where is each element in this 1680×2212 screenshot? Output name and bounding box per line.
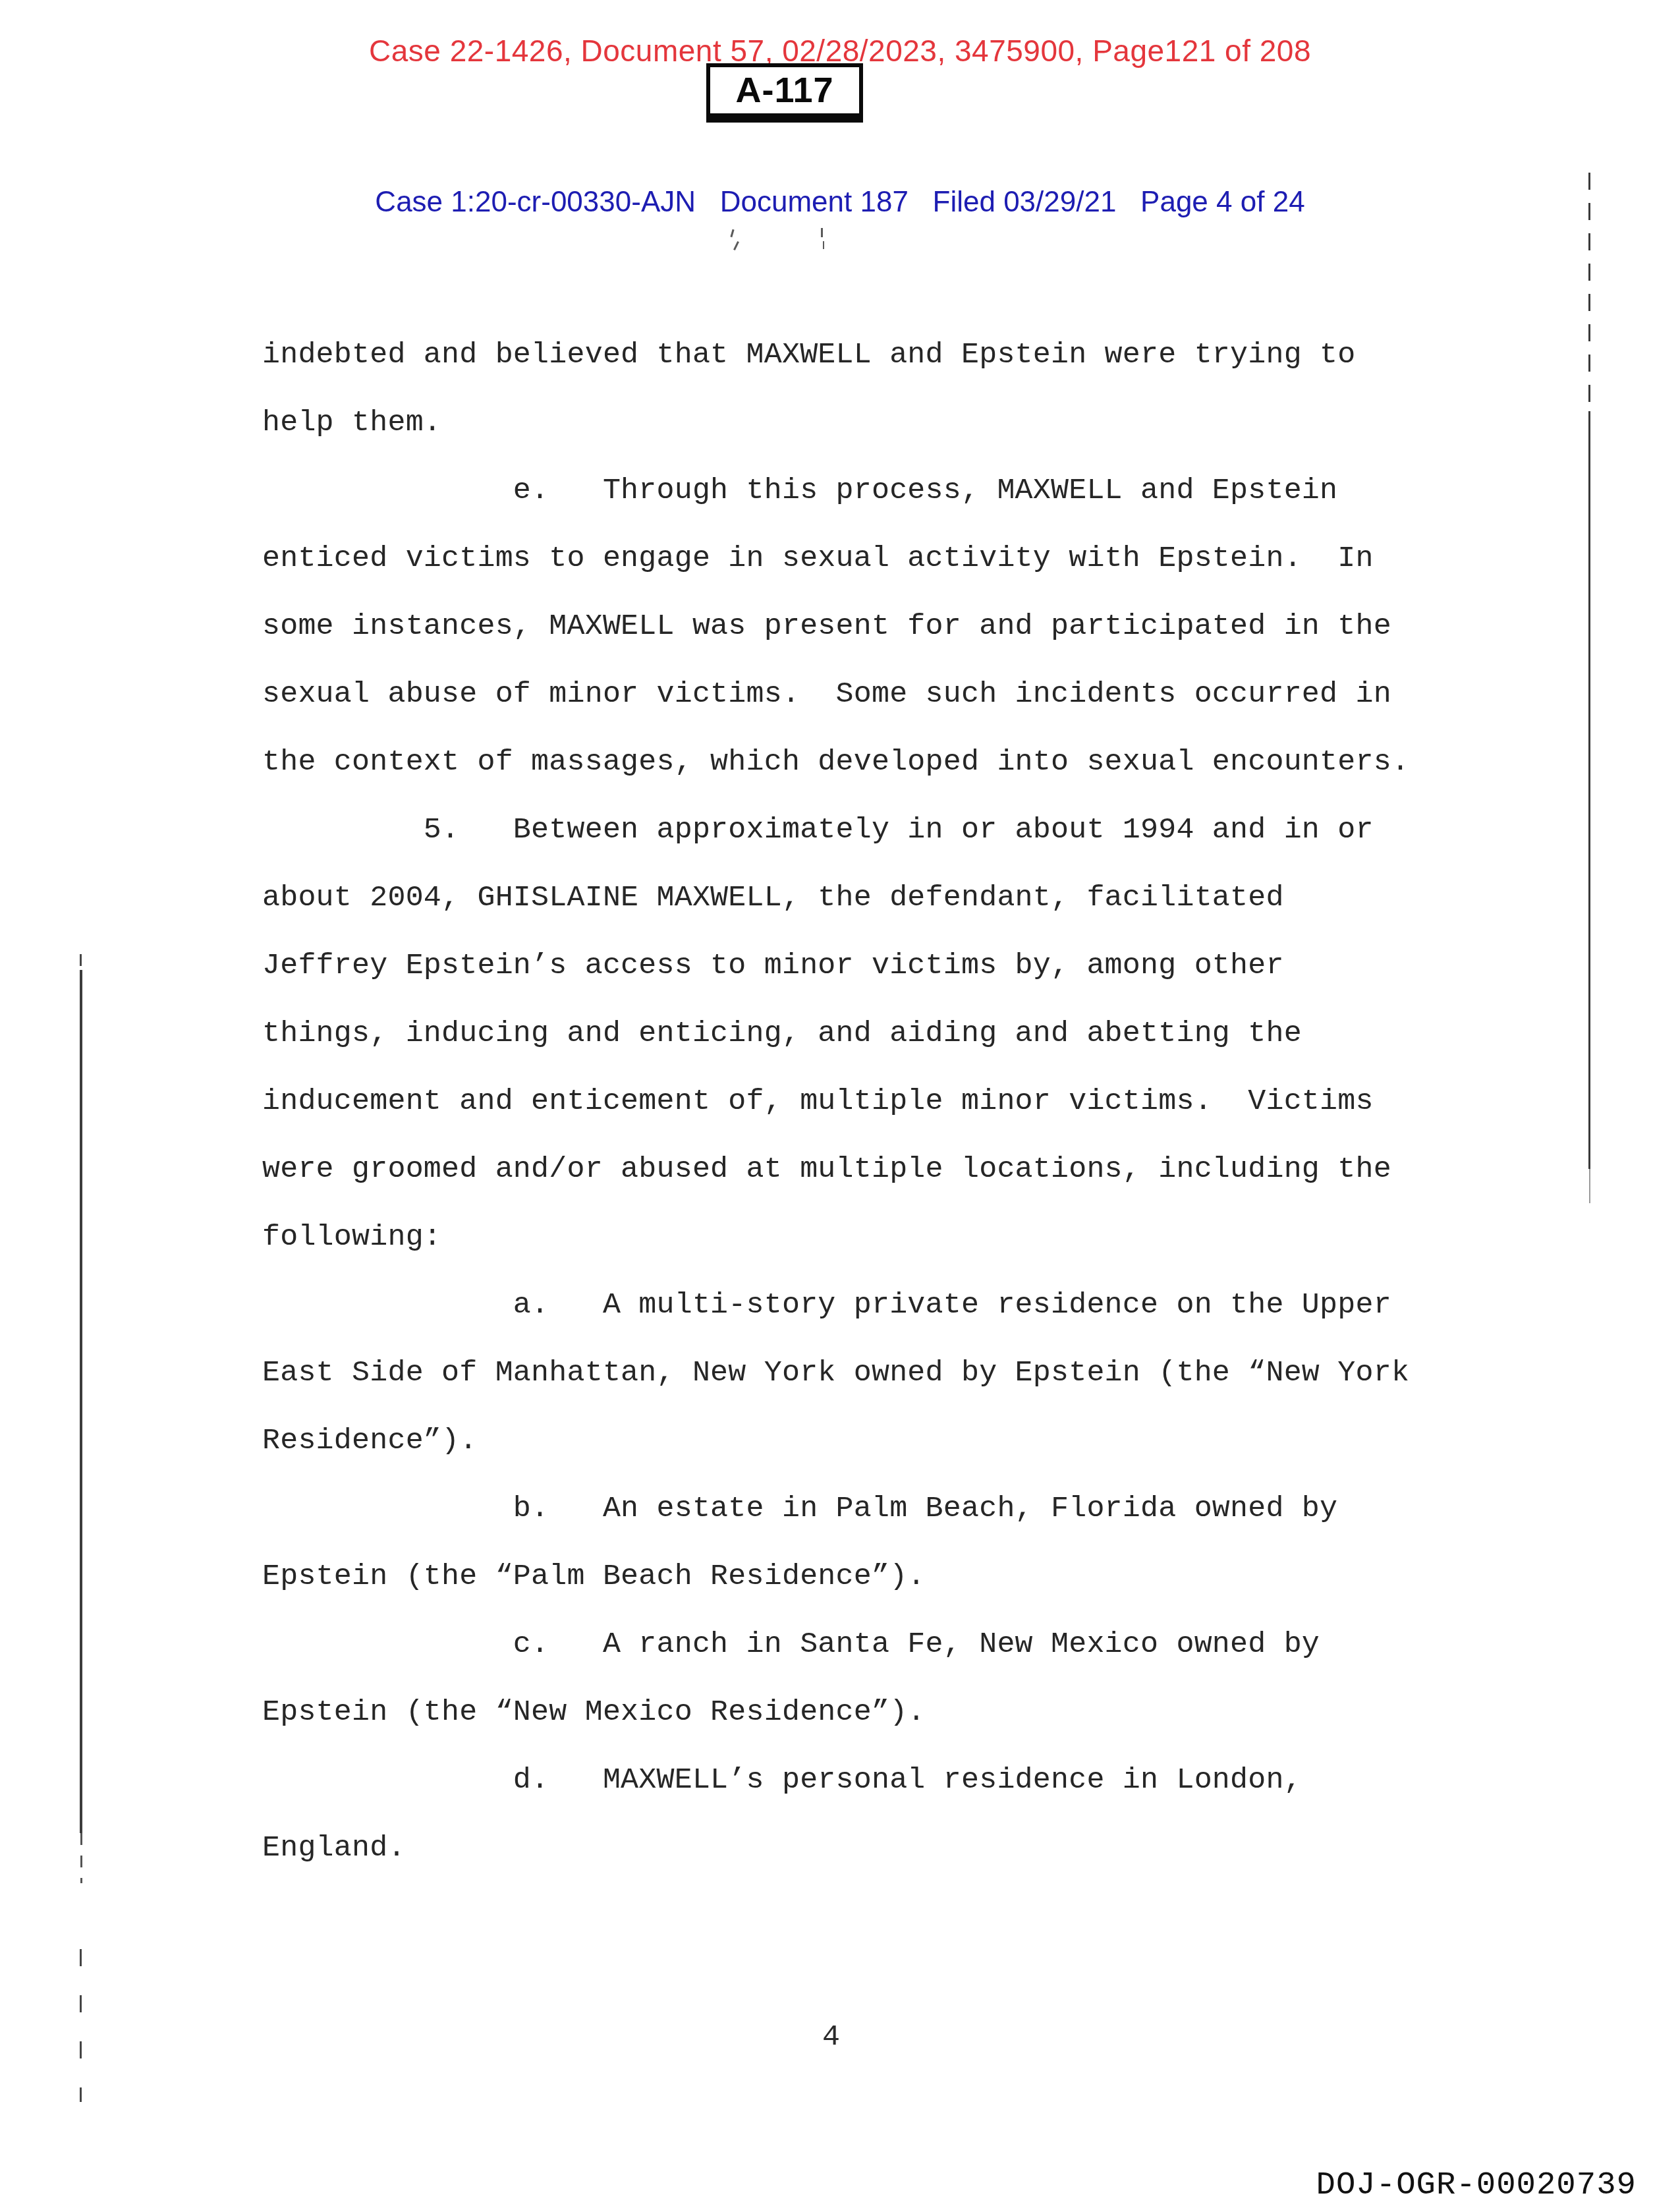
document-page: Case 22-1426, Document 57, 02/28/2023, 3… (0, 0, 1680, 2212)
scan-line-right-tail (1589, 1169, 1590, 1203)
appendix-page-label-box: A-117 (706, 63, 863, 123)
bates-number: DOJ-OGR-00020739 (1316, 2167, 1637, 2203)
scan-line-left-dash-top (80, 954, 82, 966)
body-text: indebted and believed that MAXWELL and E… (262, 321, 1409, 1882)
scan-line-left-fade (80, 1833, 82, 1883)
appendix-page-label: A-117 (735, 70, 833, 111)
scan-line-left-solid (80, 970, 82, 1833)
scan-line-right-solid (1588, 411, 1590, 1169)
page-number: 4 (822, 2020, 840, 2054)
scan-speck-icon (730, 229, 734, 237)
scan-speck-icon (733, 241, 739, 250)
scan-line-right-dashed (1588, 173, 1590, 411)
scan-line-left-dash-bottom (80, 1949, 82, 2102)
scan-speck-icon (821, 228, 823, 237)
district-court-stamp: Case 1:20-cr-00330-AJN Document 187 File… (0, 186, 1680, 219)
scan-speck-icon (823, 241, 824, 249)
